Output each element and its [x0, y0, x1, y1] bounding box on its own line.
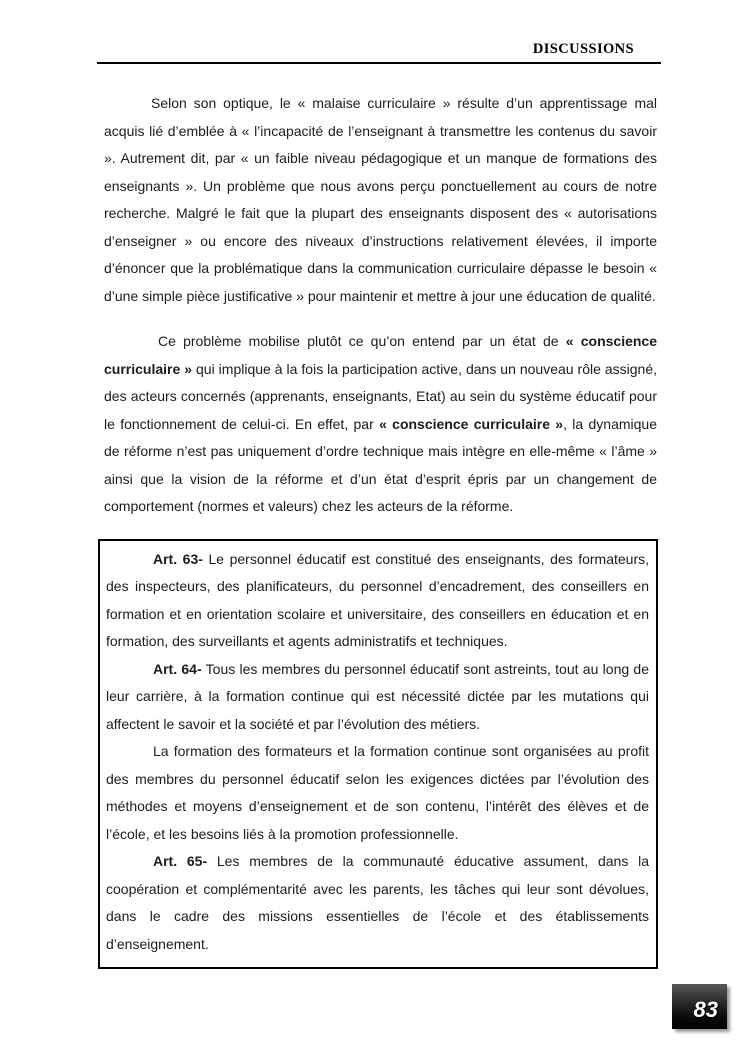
bold-text-run: Art. 64- — [153, 661, 202, 677]
page-number: 83 — [694, 997, 718, 1023]
text-run: Ce problème mobilise plutôt ce qu’on ent… — [158, 333, 566, 349]
legal-articles-box: Art. 63- Le personnel éducatif est const… — [98, 539, 658, 970]
bold-text-run: Art. 65- — [153, 853, 207, 869]
bold-text-run: Art. 63- — [153, 551, 203, 567]
page-header: DISCUSSIONS — [97, 40, 661, 64]
paragraph: Selon son optique, le « malaise curricul… — [104, 90, 657, 310]
text-run: La formation des formateurs et la format… — [106, 743, 649, 842]
page-content: DISCUSSIONS Selon son optique, le « mala… — [97, 40, 661, 969]
page-header-title: DISCUSSIONS — [533, 41, 634, 57]
paragraph: Ce problème mobilise plutôt ce qu’on ent… — [104, 328, 657, 521]
paragraph: La formation des formateurs et la format… — [106, 738, 649, 848]
document-page: DISCUSSIONS Selon son optique, le « mala… — [0, 0, 745, 1053]
paragraph: Art. 63- Le personnel éducatif est const… — [106, 546, 649, 656]
body-paragraphs: Selon son optique, le « malaise curricul… — [104, 90, 657, 521]
text-run: Selon son optique, le « malaise curricul… — [104, 95, 657, 304]
paragraph: Art. 64- Tous les membres du personnel é… — [106, 656, 649, 739]
page-number-badge: 83 — [672, 984, 727, 1029]
bold-text-run: « conscience curriculaire » — [379, 416, 563, 432]
paragraph: Art. 65- Les membres de la communauté éd… — [106, 848, 649, 958]
